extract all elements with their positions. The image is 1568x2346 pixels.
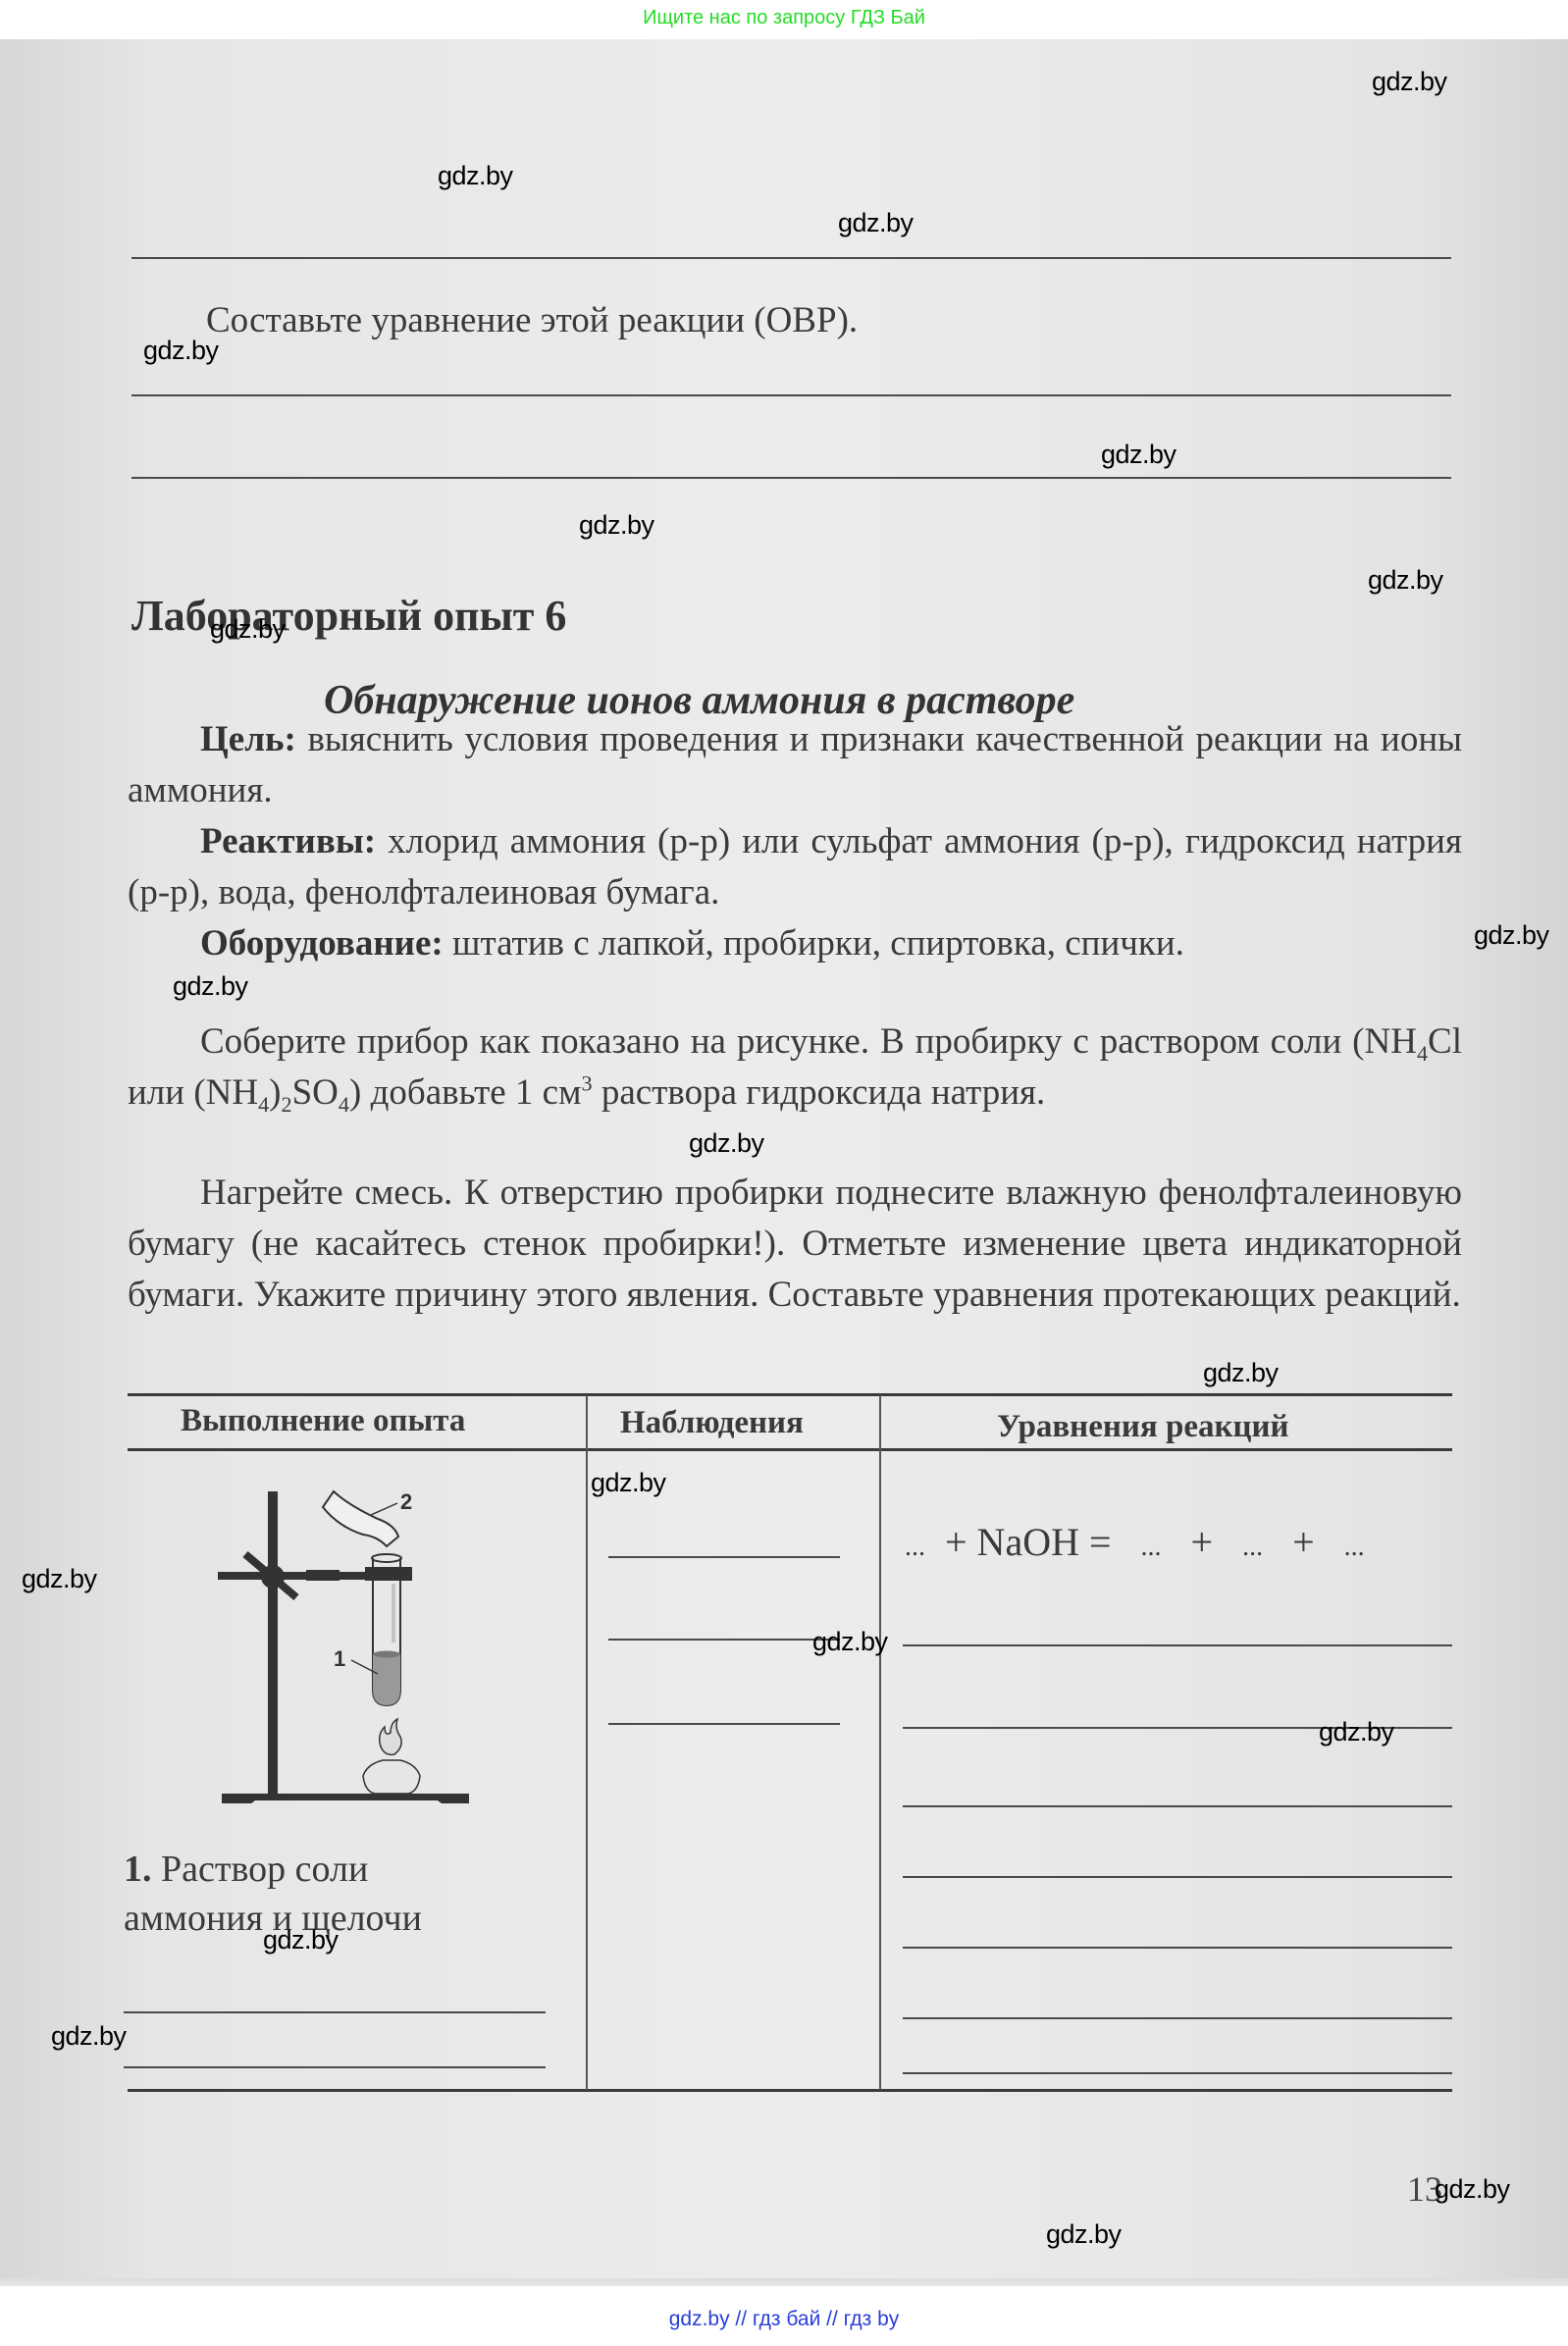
watermark: gdz.by (1203, 1358, 1279, 1388)
watermark: gdz.by (812, 1627, 888, 1657)
equation-line[interactable] (903, 2072, 1452, 2074)
procedure-text: ) (269, 1072, 281, 1113)
watermark: gdz.by (1372, 67, 1447, 97)
goal-label: Цель: (200, 719, 296, 759)
goal-text: выяснить условия проведения и признаки к… (128, 719, 1462, 810)
watermark: gdz.by (1474, 920, 1549, 951)
watermark: gdz.by (173, 971, 248, 1002)
superscript: 3 (582, 1071, 593, 1096)
header-experiment: Выполнение опыта (181, 1403, 465, 1439)
equipment-text: штатив с лапкой, пробирки, спиртовка, сп… (444, 923, 1184, 964)
lab-reagents: Реактивы: хлорид аммония (р-р) или сульф… (128, 816, 1462, 918)
reaction-equation: ... + NaOH = ... + ... + ... (905, 1519, 1365, 1565)
watermark: gdz.by (1368, 565, 1443, 596)
lab-procedure-2: Нагрейте смесь. К отверстию пробирки под… (128, 1168, 1462, 1321)
indicator-paper-icon (323, 1491, 398, 1546)
observation-line[interactable] (608, 1723, 840, 1725)
spirit-lamp-icon (363, 1760, 420, 1794)
equation-line[interactable] (903, 2017, 1452, 2019)
watermark: gdz.by (1435, 2174, 1510, 2205)
table-header-rule (128, 1448, 1452, 1451)
equation-blank: ... (905, 1532, 925, 1562)
observation-line[interactable] (608, 1556, 840, 1558)
watermark: gdz.by (22, 1564, 97, 1594)
figure-label-1: 1 (334, 1646, 345, 1671)
equipment-label: Оборудование: (200, 923, 444, 964)
answer-line[interactable] (124, 2011, 546, 2013)
instruction-ovr: Составьте уравнение этой реакции (ОВР). (206, 296, 858, 345)
watermark: gdz.by (1319, 1717, 1394, 1747)
equation-line[interactable] (903, 1805, 1452, 1807)
subscript: 4 (1417, 1041, 1428, 1066)
procedure-text: раствора гидроксида натрия. (593, 1072, 1046, 1113)
equation-blank: ... (1141, 1532, 1162, 1562)
equation-plus: + (1292, 1520, 1315, 1564)
lab-procedure-1: Соберите прибор как показано на рисунке.… (128, 1017, 1462, 1119)
workbook-page: Составьте уравнение этой реакции (ОВР). … (0, 39, 1568, 2286)
reagents-label: Реактивы: (200, 821, 376, 861)
table-top-rule (128, 1393, 1452, 1396)
watermark: gdz.by (689, 1128, 764, 1159)
stand-rod-icon (268, 1491, 278, 1800)
answer-line[interactable] (131, 394, 1451, 396)
equation-line[interactable] (903, 1947, 1452, 1949)
watermark: gdz.by (591, 1468, 666, 1498)
watermark: gdz.by (579, 510, 654, 541)
solution-icon (373, 1654, 400, 1705)
equation-blank: ... (1242, 1532, 1263, 1562)
header-equations: Уравнения реакций (997, 1409, 1289, 1445)
watermark: gdz.by (51, 2021, 127, 2052)
experiment-label-line1: 1. Раствор соли (124, 1845, 368, 1894)
column-divider (879, 1395, 881, 2090)
equation-plus: + (1191, 1520, 1214, 1564)
procedure-text: Соберите прибор как показано на рисунке.… (200, 1021, 1417, 1062)
observation-line[interactable] (608, 1639, 840, 1641)
equation-line[interactable] (903, 1876, 1452, 1878)
experiment-number: 1. (124, 1849, 152, 1890)
footer-links[interactable]: gdz.by // гдз бай // гдз by (0, 2308, 1568, 2331)
subscript: 2 (282, 1092, 292, 1117)
table-bottom-rule (128, 2089, 1452, 2092)
watermark: gdz.by (838, 208, 914, 238)
procedure-text: Нагрейте смесь. К отверстию пробирки под… (128, 1173, 1462, 1315)
watermark: gdz.by (263, 1925, 339, 1955)
watermark: gdz.by (1046, 2219, 1122, 2250)
lab-equipment: Оборудование: штатив с лапкой, пробирки,… (128, 918, 1462, 969)
procedure-text: ) добавьте 1 см (349, 1072, 582, 1113)
experiment-label-text: Раствор соли (161, 1849, 368, 1890)
answer-line[interactable] (124, 2066, 546, 2068)
watermark: gdz.by (143, 336, 219, 366)
subscript: 4 (258, 1092, 269, 1117)
procedure-text: SO (292, 1072, 339, 1113)
figure-label-2: 2 (400, 1489, 412, 1514)
promo-banner: Ищите нас по запросу ГДЗ Бай (0, 0, 1568, 37)
watermark: gdz.by (438, 161, 513, 191)
equation-reagent: + NaOH = (945, 1520, 1112, 1564)
equation-blank: ... (1344, 1532, 1365, 1562)
equation-line[interactable] (903, 1644, 1452, 1646)
subscript: 4 (339, 1092, 349, 1117)
table-bottom-rule (131, 257, 1451, 259)
lab-goal: Цель: выяснить условия проведения и приз… (128, 714, 1462, 816)
watermark: gdz.by (1101, 440, 1176, 470)
answer-line[interactable] (131, 477, 1451, 479)
header-observations: Наблюдения (620, 1405, 804, 1441)
apparatus-illustration: 2 1 (177, 1462, 589, 1835)
lab-title: Лабораторный опыт 6 (131, 591, 566, 641)
flame-icon (380, 1719, 401, 1754)
watermark: gdz.by (210, 614, 286, 645)
stand-base-icon (222, 1794, 469, 1803)
